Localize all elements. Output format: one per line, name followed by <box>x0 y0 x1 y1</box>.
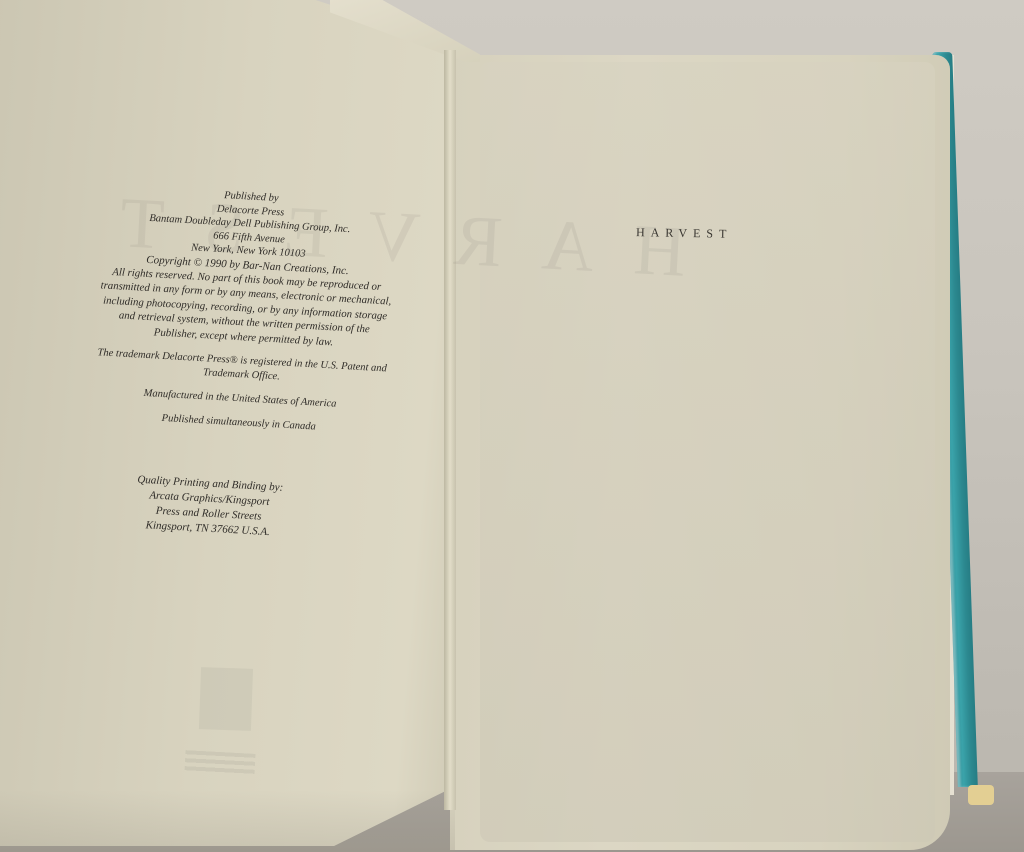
show-through-logo <box>199 667 253 731</box>
copyright-page-text: Published by Delacorte Press Bantam Doub… <box>43 180 442 549</box>
book-gutter <box>444 50 456 810</box>
half-title: HARVEST <box>636 225 733 242</box>
page-corner-tab <box>968 785 994 805</box>
book-photo: HARVEST Published by Delacorte Press Ban… <box>0 0 1024 852</box>
show-through-caption <box>184 750 255 776</box>
left-page-shadow <box>0 790 455 852</box>
printer-info: Quality Printing and Binding by: Arcata … <box>107 471 310 542</box>
right-page-surface <box>480 62 935 842</box>
